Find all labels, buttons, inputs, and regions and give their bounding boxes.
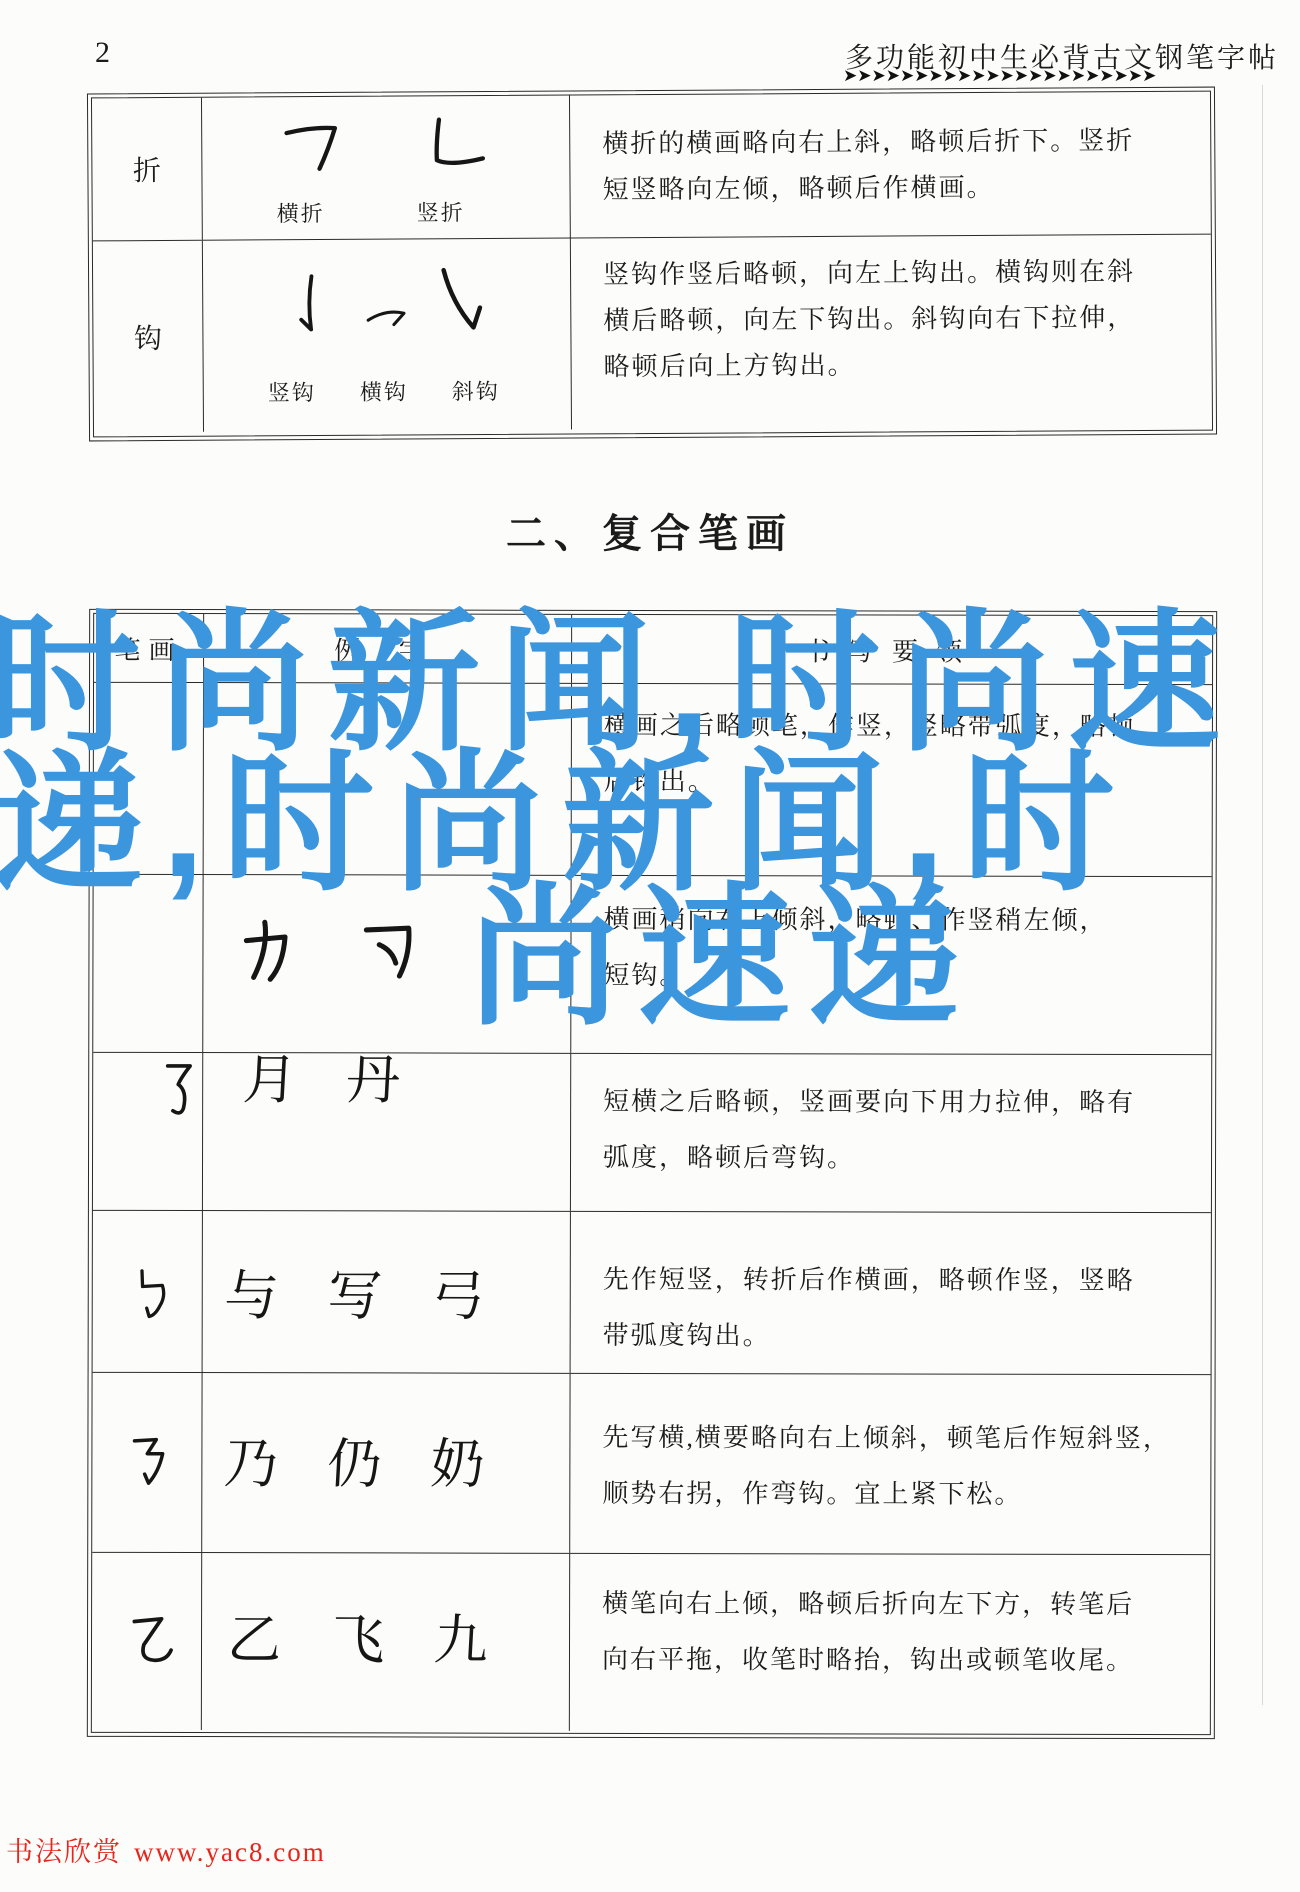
handwritten-glyph-fragment <box>233 909 325 1005</box>
watermark-url: www.yac8.com <box>134 1837 326 1867</box>
stroke-examples: 月 丹 <box>203 1053 571 1211</box>
table-row: 与 写 弓 先作短竖，转折后作横画，略顿作竖，竖略 带弧度钩出。 <box>93 1210 1211 1374</box>
stroke-example-label: 斜钩 <box>452 375 500 406</box>
stroke-example-label: 横折 <box>277 197 325 228</box>
example-characters: 与 写 弓 <box>223 1253 504 1331</box>
stroke-examples: 横折 竖折 <box>202 95 571 239</box>
stroke-example-label: 竖钩 <box>268 376 316 407</box>
section-title: 二、复合笔画 <box>0 502 1300 559</box>
stroke-examples: 乙 飞 九 <box>202 1553 570 1731</box>
shuzhe-stroke-glyph <box>410 110 502 189</box>
basic-strokes-table: 折 横折 竖折 横折的横画略向右上斜，略顿后折下。竖折 短竖略向左倾，略顿后作横… <box>87 87 1217 442</box>
page-edge-line <box>1262 85 1263 1705</box>
stroke-name: 钩 <box>93 241 204 433</box>
stroke-description: 先作短竖，转折后作横画，略顿作竖，竖略 带弧度钩出。 <box>571 1212 1211 1374</box>
stroke-example-label: 竖折 <box>417 196 465 227</box>
table-row: 月 丹 短横之后略顿，竖画要向下用力拉伸，略有 弧度，略顿后弯钩。 <box>93 1052 1211 1212</box>
handwritten-glyph-fragment <box>353 913 445 1005</box>
table-row-zhe: 折 横折 竖折 横折的横画略向右上斜，略顿后折下。竖折 短竖略向左倾，略顿后作横… <box>92 92 1211 241</box>
page-number: 2 <box>95 36 110 70</box>
stroke-examples: 竖钩 横钩 斜钩 <box>203 238 572 431</box>
scanned-copybook-page: 2 多功能初中生必背古文钢笔字帖 ➤➤➤➤➤➤➤➤➤➤➤➤➤➤➤➤➤➤➤➤➤➤ … <box>0 0 1300 1892</box>
hengzhewangou-stroke-glyph <box>118 1599 186 1685</box>
shuzhezhegou-stroke-glyph <box>123 1255 183 1335</box>
stroke-name <box>93 1053 203 1210</box>
stroke-name <box>92 1373 202 1552</box>
xiegou-stroke-glyph <box>419 247 502 365</box>
henggou-stroke-glyph <box>349 287 427 343</box>
example-characters: 乃 仍 奶 <box>222 1421 503 1499</box>
stroke-description: 横折的横画略向右上斜，略顿后折下。竖折 短竖略向左倾，略顿后作横画。 <box>570 92 1211 238</box>
shugou-stroke-glyph <box>275 252 346 362</box>
stroke-name <box>93 1211 203 1372</box>
hengzhezhezhegou-stroke-glyph <box>120 1421 184 1507</box>
table-row-gou: 钩 竖钩 横钩 斜钩 竖钩作竖后略顿，向左上钩出。横钩则在斜 横后略顿，向左下钩… <box>93 234 1212 433</box>
stroke-description: 横笔向右上倾，略顿后折向左下方，转笔后 向右平拖，收笔时略抬，钩出或顿笔收尾。 <box>570 1554 1210 1732</box>
overlay-headline-line3: 尚速递 <box>468 878 978 1038</box>
stroke-description: 竖钩作竖后略顿，向左上钩出。横钩则在斜 横后略顿，向左下钩出。斜钩向右下拉伸， … <box>571 235 1212 430</box>
stroke-example-label: 横钩 <box>360 375 408 406</box>
stroke-description: 先写横,横要略向右上倾斜，顿笔后作短斜竖， 顺势右拐，作弯钩。宜上紧下松。 <box>570 1374 1210 1554</box>
stroke-description: 短横之后略顿，竖画要向下用力拉伸，略有 弧度，略顿后弯钩。 <box>571 1054 1211 1212</box>
stroke-examples: 与 写 弓 <box>203 1211 571 1373</box>
watermark-site-name: 书法欣赏 <box>6 1837 122 1867</box>
stroke-name <box>92 1553 202 1730</box>
stroke-name: 折 <box>92 98 203 241</box>
example-characters: 乙 飞 九 <box>226 1597 507 1675</box>
hengzhe-stroke-glyph <box>270 111 362 190</box>
chevron-arrows-icon: ➤➤➤➤➤➤➤➤➤➤➤➤➤➤➤➤➤➤➤➤➤➤ <box>843 66 1156 86</box>
table-row: 乙 飞 九 横笔向右上倾，略顿后折向左下方，转笔后 向右平拖，收笔时略抬，钩出或… <box>92 1552 1210 1732</box>
stroke-examples: 乃 仍 奶 <box>202 1373 570 1553</box>
site-watermark: 书法欣赏www.yac8.com <box>6 1830 326 1869</box>
table-row: 乃 仍 奶 先写横,横要略向右上倾斜，顿笔后作短斜竖， 顺势右拐，作弯钩。宜上紧… <box>92 1372 1210 1554</box>
example-characters: 月 丹 <box>241 1037 418 1114</box>
